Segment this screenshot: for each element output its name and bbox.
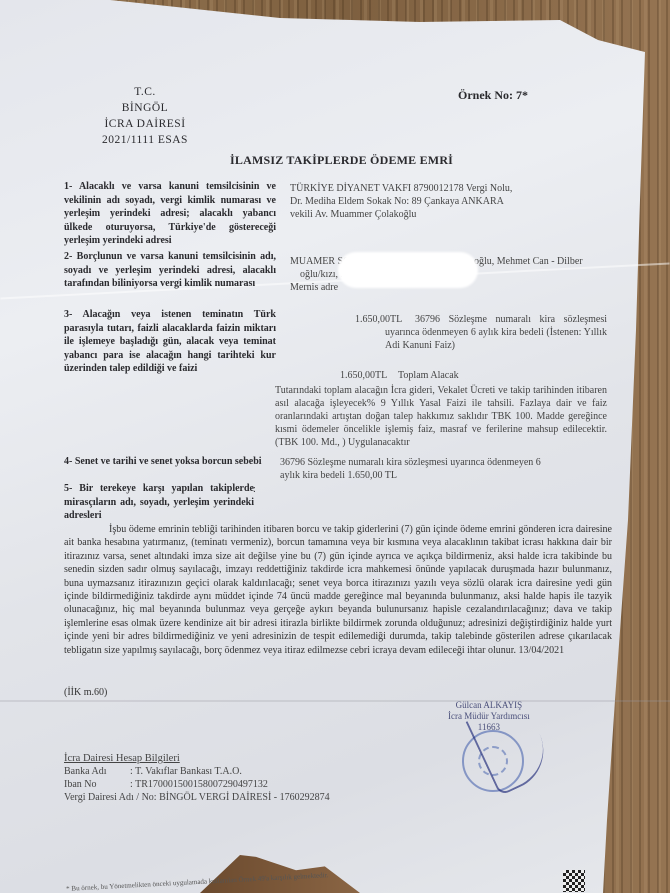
debtor-parents: oğlu, Mehmet Can - Dilber <box>474 255 583 268</box>
total-description: Tutarındaki toplam alacağın İcra gideri,… <box>275 384 607 449</box>
paper-crease <box>0 700 670 702</box>
header-line-tc: T.C. <box>85 84 205 100</box>
form-number: Örnek No: 7* <box>458 88 528 103</box>
payment-order-text: İşbu ödeme emrinin tebliği tarihinden it… <box>64 523 612 657</box>
document-title: İLAMSIZ TAKİPLERDE ÖDEME EMRİ <box>230 153 453 168</box>
section-1-label: 1- Alacaklı ve varsa kanuni temsilcisini… <box>64 180 276 248</box>
body-paragraph: İşbu ödeme emrinin tebliği tarihinden it… <box>64 524 612 656</box>
section-5-label: 5- Bir terekeye karşı yapılan takiplerde… <box>64 482 254 523</box>
total-label: Toplam Alacak <box>398 369 459 382</box>
total-amount: 1.650,00TL <box>340 369 387 382</box>
bank-info-heading: İcra Dairesi Hesap Bilgileri <box>64 752 330 765</box>
bank-name-label: Banka Adı <box>64 765 130 778</box>
tax-office: Vergi Dairesi Adı / No: BİNGÖL VERGİ DAİ… <box>64 791 330 804</box>
redaction-mark <box>338 252 478 288</box>
signatory-title: İcra Müdür Yardımcısı <box>448 711 530 722</box>
court-header: T.C. BİNGÖL İCRA DAİRESİ 2021/1111 ESAS <box>85 84 205 148</box>
creditor-attorney: vekili Av. Muammer Çolakoğlu <box>290 208 512 221</box>
bank-name-value: : T. Vakıflar Bankası T.A.O. <box>130 765 242 778</box>
legal-reference: (İİK m.60) <box>64 687 107 698</box>
qr-code-icon <box>563 870 585 892</box>
header-line-case: 2021/1111 ESAS <box>85 132 205 148</box>
section-5-colon: : <box>253 484 256 495</box>
section-2-label: 2- Borçlunun ve varsa kanuni temsilcisin… <box>64 250 276 291</box>
section-4-label: 4- Senet ve tarihi ve senet yoksa borcun… <box>64 455 276 469</box>
header-line-city: BİNGÖL <box>85 100 205 116</box>
bank-info: İcra Dairesi Hesap Bilgileri Banka Adı :… <box>64 752 330 804</box>
section-1-value: TÜRKİYE DİYANET VAKFI 8790012178 Vergi N… <box>290 182 512 221</box>
claim-description: 36796 Sözleşme numaralı kira sözleşmesi … <box>385 313 607 352</box>
signatory-name: Gülcan ALKAYIŞ <box>448 700 530 711</box>
creditor-name: TÜRKİYE DİYANET VAKFI 8790012178 Vergi N… <box>290 182 512 195</box>
signature-block: Gülcan ALKAYIŞ İcra Müdür Yardımcısı 116… <box>448 700 530 733</box>
debt-reason: 36796 Sözleşme numaralı kira sözleşmesi … <box>280 456 555 482</box>
iban-label: Iban No <box>64 778 130 791</box>
creditor-address: Dr. Mediha Eldem Sokak No: 89 Çankaya AN… <box>290 195 512 208</box>
header-line-office: İCRA DAİRESİ <box>85 116 205 132</box>
signatory-number: 11663 <box>448 722 530 733</box>
bank-name-row: Banka Adı : T. Vakıflar Bankası T.A.O. <box>64 765 330 778</box>
iban-value: : TR170001500158007290497132 <box>130 778 268 791</box>
section-3-label: 3- Alacağın veya istenen teminatın Türk … <box>64 308 276 376</box>
iban-row: Iban No : TR170001500158007290497132 <box>64 778 330 791</box>
